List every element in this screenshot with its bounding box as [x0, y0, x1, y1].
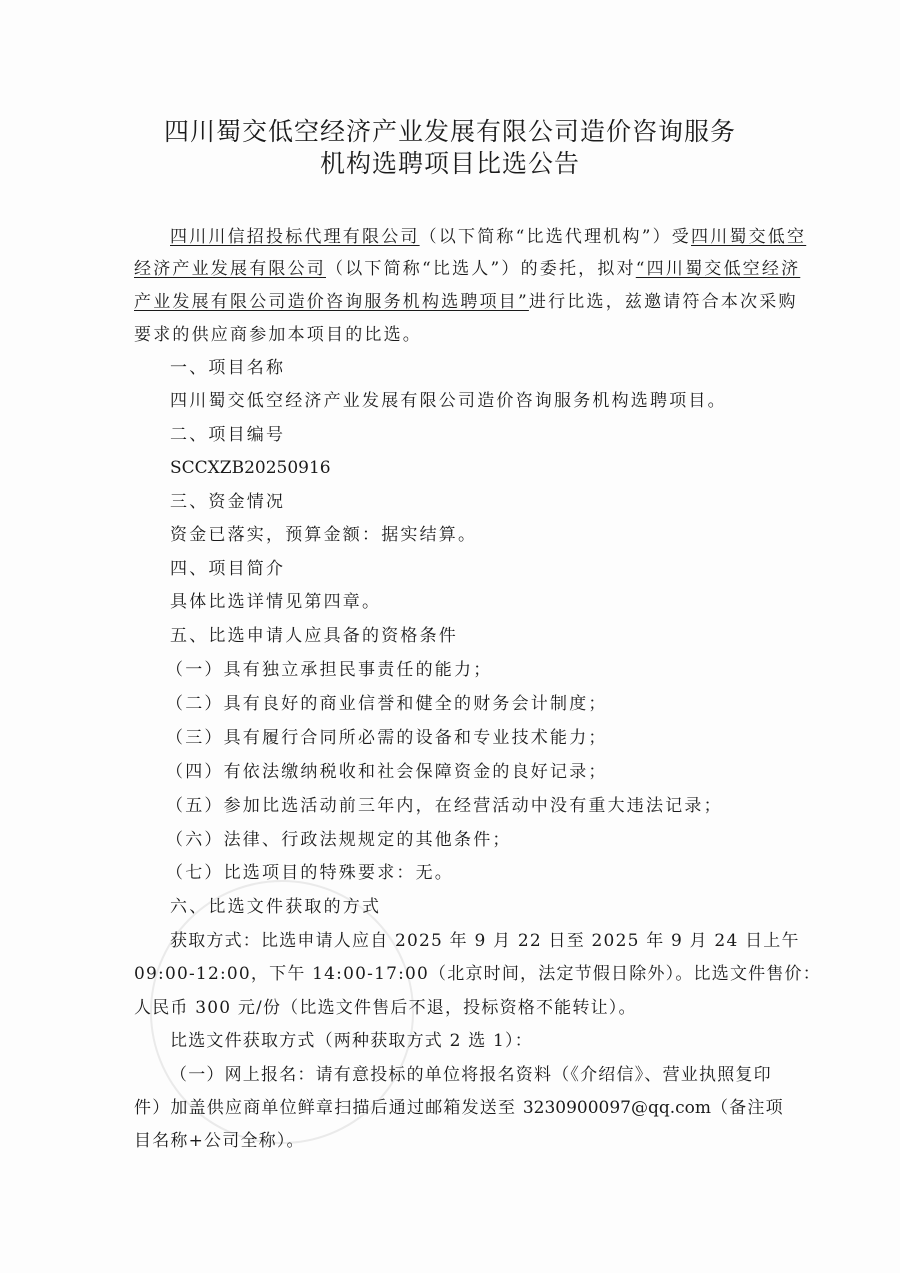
acquisition-paragraph-line2: 09:00-12:00，下午 14:00-17:00（北京时间，法定节假日除外）… [134, 963, 821, 985]
section-4-heading: 四、项目简介 [170, 558, 285, 580]
agent-name: 四川川信招投标代理有限公司 [170, 227, 420, 247]
qualification-item: （二）具有良好的商业信誉和健全的财务会计制度； [166, 693, 608, 715]
document-title-line1: 四川蜀交低空经济产业发展有限公司造价咨询服务 [130, 114, 770, 150]
document-title-line2: 机构选聘项目比选公告 [130, 146, 770, 182]
section-4-body: 具体比选详情见第四章。 [170, 591, 381, 613]
intro-line-4: 要求的供应商参加本项目的比选。 [134, 324, 422, 346]
qualification-item: （三）具有履行合同所必需的设备和专业技术能力； [166, 727, 608, 749]
qualification-item: （四）有依法缴纳税收和社会保障资金的良好记录； [166, 761, 608, 783]
intro-line-2: 经济产业发展有限公司（以下简称“比选人”）的委托，拟对“四川蜀交低空经济 [134, 258, 800, 280]
project-name-part1: “四川蜀交低空经济 [636, 259, 801, 279]
section-6-heading: 六、比选文件获取的方式 [170, 896, 381, 918]
contact-email: 3230900097@qq.com [523, 1098, 711, 1118]
online-registration-line1: （一）网上报名：请有意投标的单位将报名资料（《介绍信》、营业执照复印 [170, 1064, 772, 1086]
section-5-heading: 五、比选申请人应具备的资格条件 [170, 625, 458, 647]
qualification-item: （七）比选项目的特殊要求：无。 [166, 862, 454, 884]
section-1-body: 四川蜀交低空经济产业发展有限公司造价咨询服务机构选聘项目。 [170, 390, 727, 412]
online-registration-line3: 目名称+公司全称）。 [134, 1130, 305, 1152]
section-1-heading: 一、项目名称 [170, 357, 285, 379]
acquisition-paragraph-line1: 获取方式：比选申请人应自 2025 年 9 月 22 日至 2025 年 9 月… [170, 930, 800, 952]
acquisition-paragraph-line3: 人民币 300 元/份（比选文件售后不退，投标资格不能转让）。 [134, 997, 637, 1019]
intro-text: （以下简称“比选人”）的委托，拟对 [326, 259, 636, 279]
project-number: SCCXZB20250916 [170, 457, 331, 479]
document-page: 四川蜀交低空经济产业发展有限公司造价咨询服务 机构选聘项目比选公告 四川川信招投… [0, 0, 900, 1273]
acquisition-methods-intro: 比选文件获取方式（两种获取方式 2 选 1）： [170, 1030, 533, 1052]
intro-line-1: 四川川信招投标代理有限公司（以下简称“比选代理机构”）受四川蜀交低空 [170, 226, 806, 248]
intro-text: （以下简称“比选代理机构”）受 [420, 227, 691, 247]
intro-line-3: 产业发展有限公司造价咨询服务机构选聘项目”进行比选，兹邀请符合本次采购 [134, 291, 798, 313]
client-name-part2: 经济产业发展有限公司 [134, 259, 326, 279]
project-name-part2: 产业发展有限公司造价咨询服务机构选聘项目” [134, 292, 529, 312]
section-3-body: 资金已落实，预算金额：据实结算。 [170, 524, 477, 546]
section-2-heading: 二、项目编号 [170, 424, 285, 446]
intro-text: 进行比选，兹邀请符合本次采购 [529, 292, 798, 312]
online-registration-text: （备注项 [711, 1098, 784, 1118]
online-registration-line2: 件）加盖供应商单位鲜章扫描后通过邮箱发送至 3230900097@qq.com（… [134, 1097, 784, 1119]
section-3-heading: 三、资金情况 [170, 491, 285, 513]
qualification-item: （一）具有独立承担民事责任的能力； [166, 659, 492, 681]
client-name-part1: 四川蜀交低空 [691, 227, 806, 247]
online-registration-text: 件）加盖供应商单位鲜章扫描后通过邮箱发送至 [134, 1098, 523, 1118]
qualification-item: （五）参加比选活动前三年内，在经营活动中没有重大违法记录； [166, 795, 723, 817]
qualification-item: （六）法律、行政法规规定的其他条件； [166, 829, 512, 851]
